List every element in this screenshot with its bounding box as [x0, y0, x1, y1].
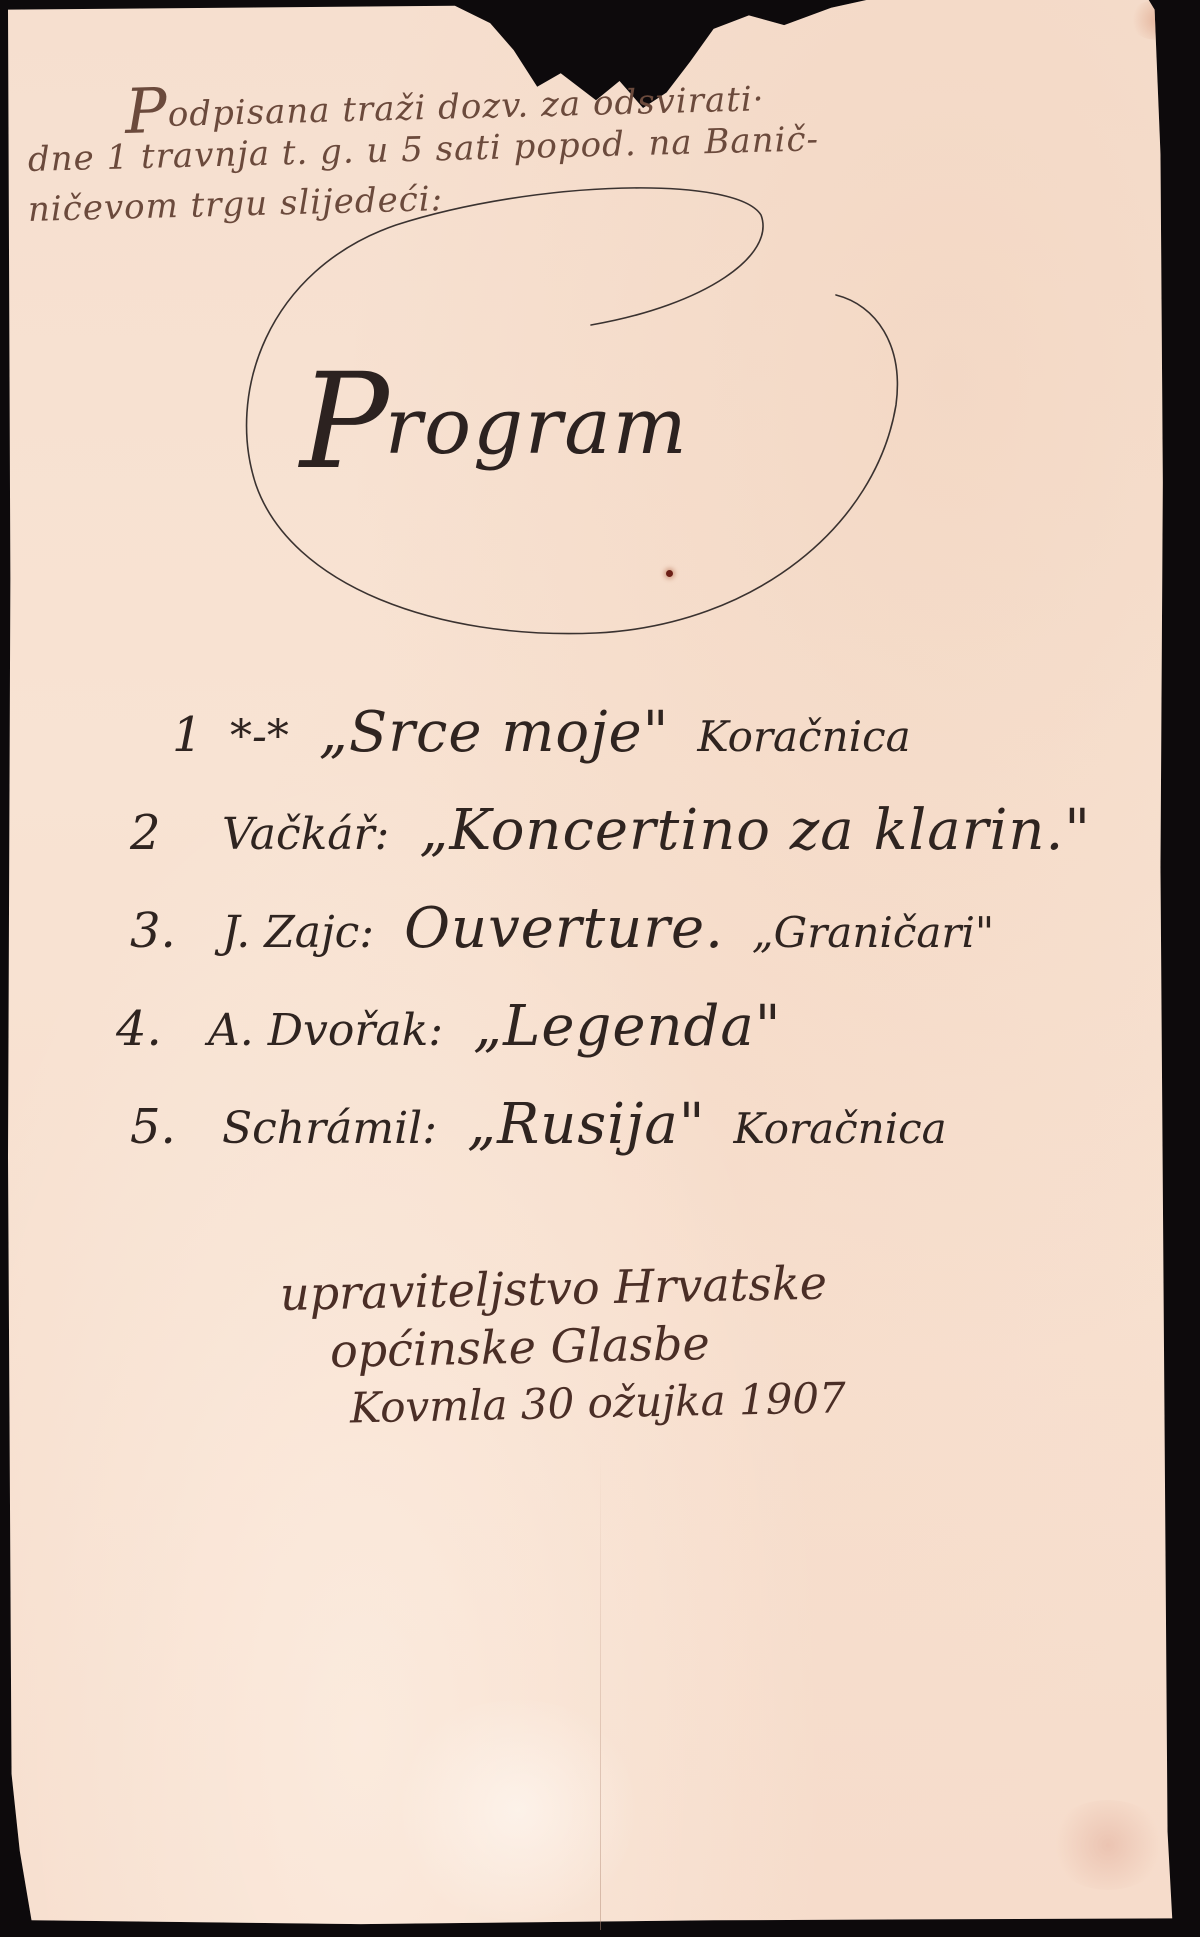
item-number: 1: [172, 707, 216, 763]
item-work: Ouverture.: [404, 896, 724, 961]
page-title: Program: [300, 345, 689, 499]
signature-block: upraviteljstvo Hrvatske općinske Glasbe …: [280, 1265, 846, 1439]
item-composer: Schrámil:: [222, 1103, 437, 1154]
item-number: 3.: [130, 903, 208, 959]
program-item: 3. J. Zajc: Ouverture. „Graničari": [130, 896, 1130, 994]
item-work: „Koncertino za klarin.": [419, 798, 1091, 863]
title-rest: rogram: [385, 382, 689, 472]
item-work: „Legenda": [473, 994, 781, 1059]
program-item: 2 Vačkář: „Koncertino za klarin.": [130, 798, 1130, 896]
water-stain: [1048, 1800, 1168, 1890]
program-item: 1 *-* „Srce moje" Koračnica: [130, 700, 1130, 798]
item-subtitle: Koračnica: [734, 1104, 947, 1153]
signature-place-date: Kovmla 30 ožujka 1907: [279, 1369, 846, 1439]
title-initial: P: [300, 345, 391, 499]
item-subtitle: Koračnica: [697, 712, 910, 761]
item-composer: A. Dvořak:: [208, 1005, 443, 1056]
item-composer: J. Zajc:: [222, 907, 374, 958]
item-number: 4.: [116, 1001, 194, 1057]
item-number: 2: [130, 805, 208, 861]
paper-fold-line: [600, 1450, 601, 1930]
program-item: 5. Schrámil: „Rusija" Koračnica: [130, 1092, 1130, 1190]
item-composer: Vačkář:: [222, 809, 389, 860]
item-number: 5.: [130, 1099, 208, 1155]
program-item: 4. A. Dvořak: „Legenda": [116, 994, 1130, 1092]
item-work: „Rusija": [467, 1092, 705, 1157]
item-subtitle: „Graničari": [752, 908, 994, 957]
ink-blot: [666, 570, 673, 577]
water-stain: [388, 1700, 648, 1920]
program-list: 1 *-* „Srce moje" Koračnica 2 Vačkář: „K…: [130, 700, 1130, 1190]
item-composer: *-*: [230, 711, 289, 762]
item-work: „Srce moje": [319, 700, 670, 765]
